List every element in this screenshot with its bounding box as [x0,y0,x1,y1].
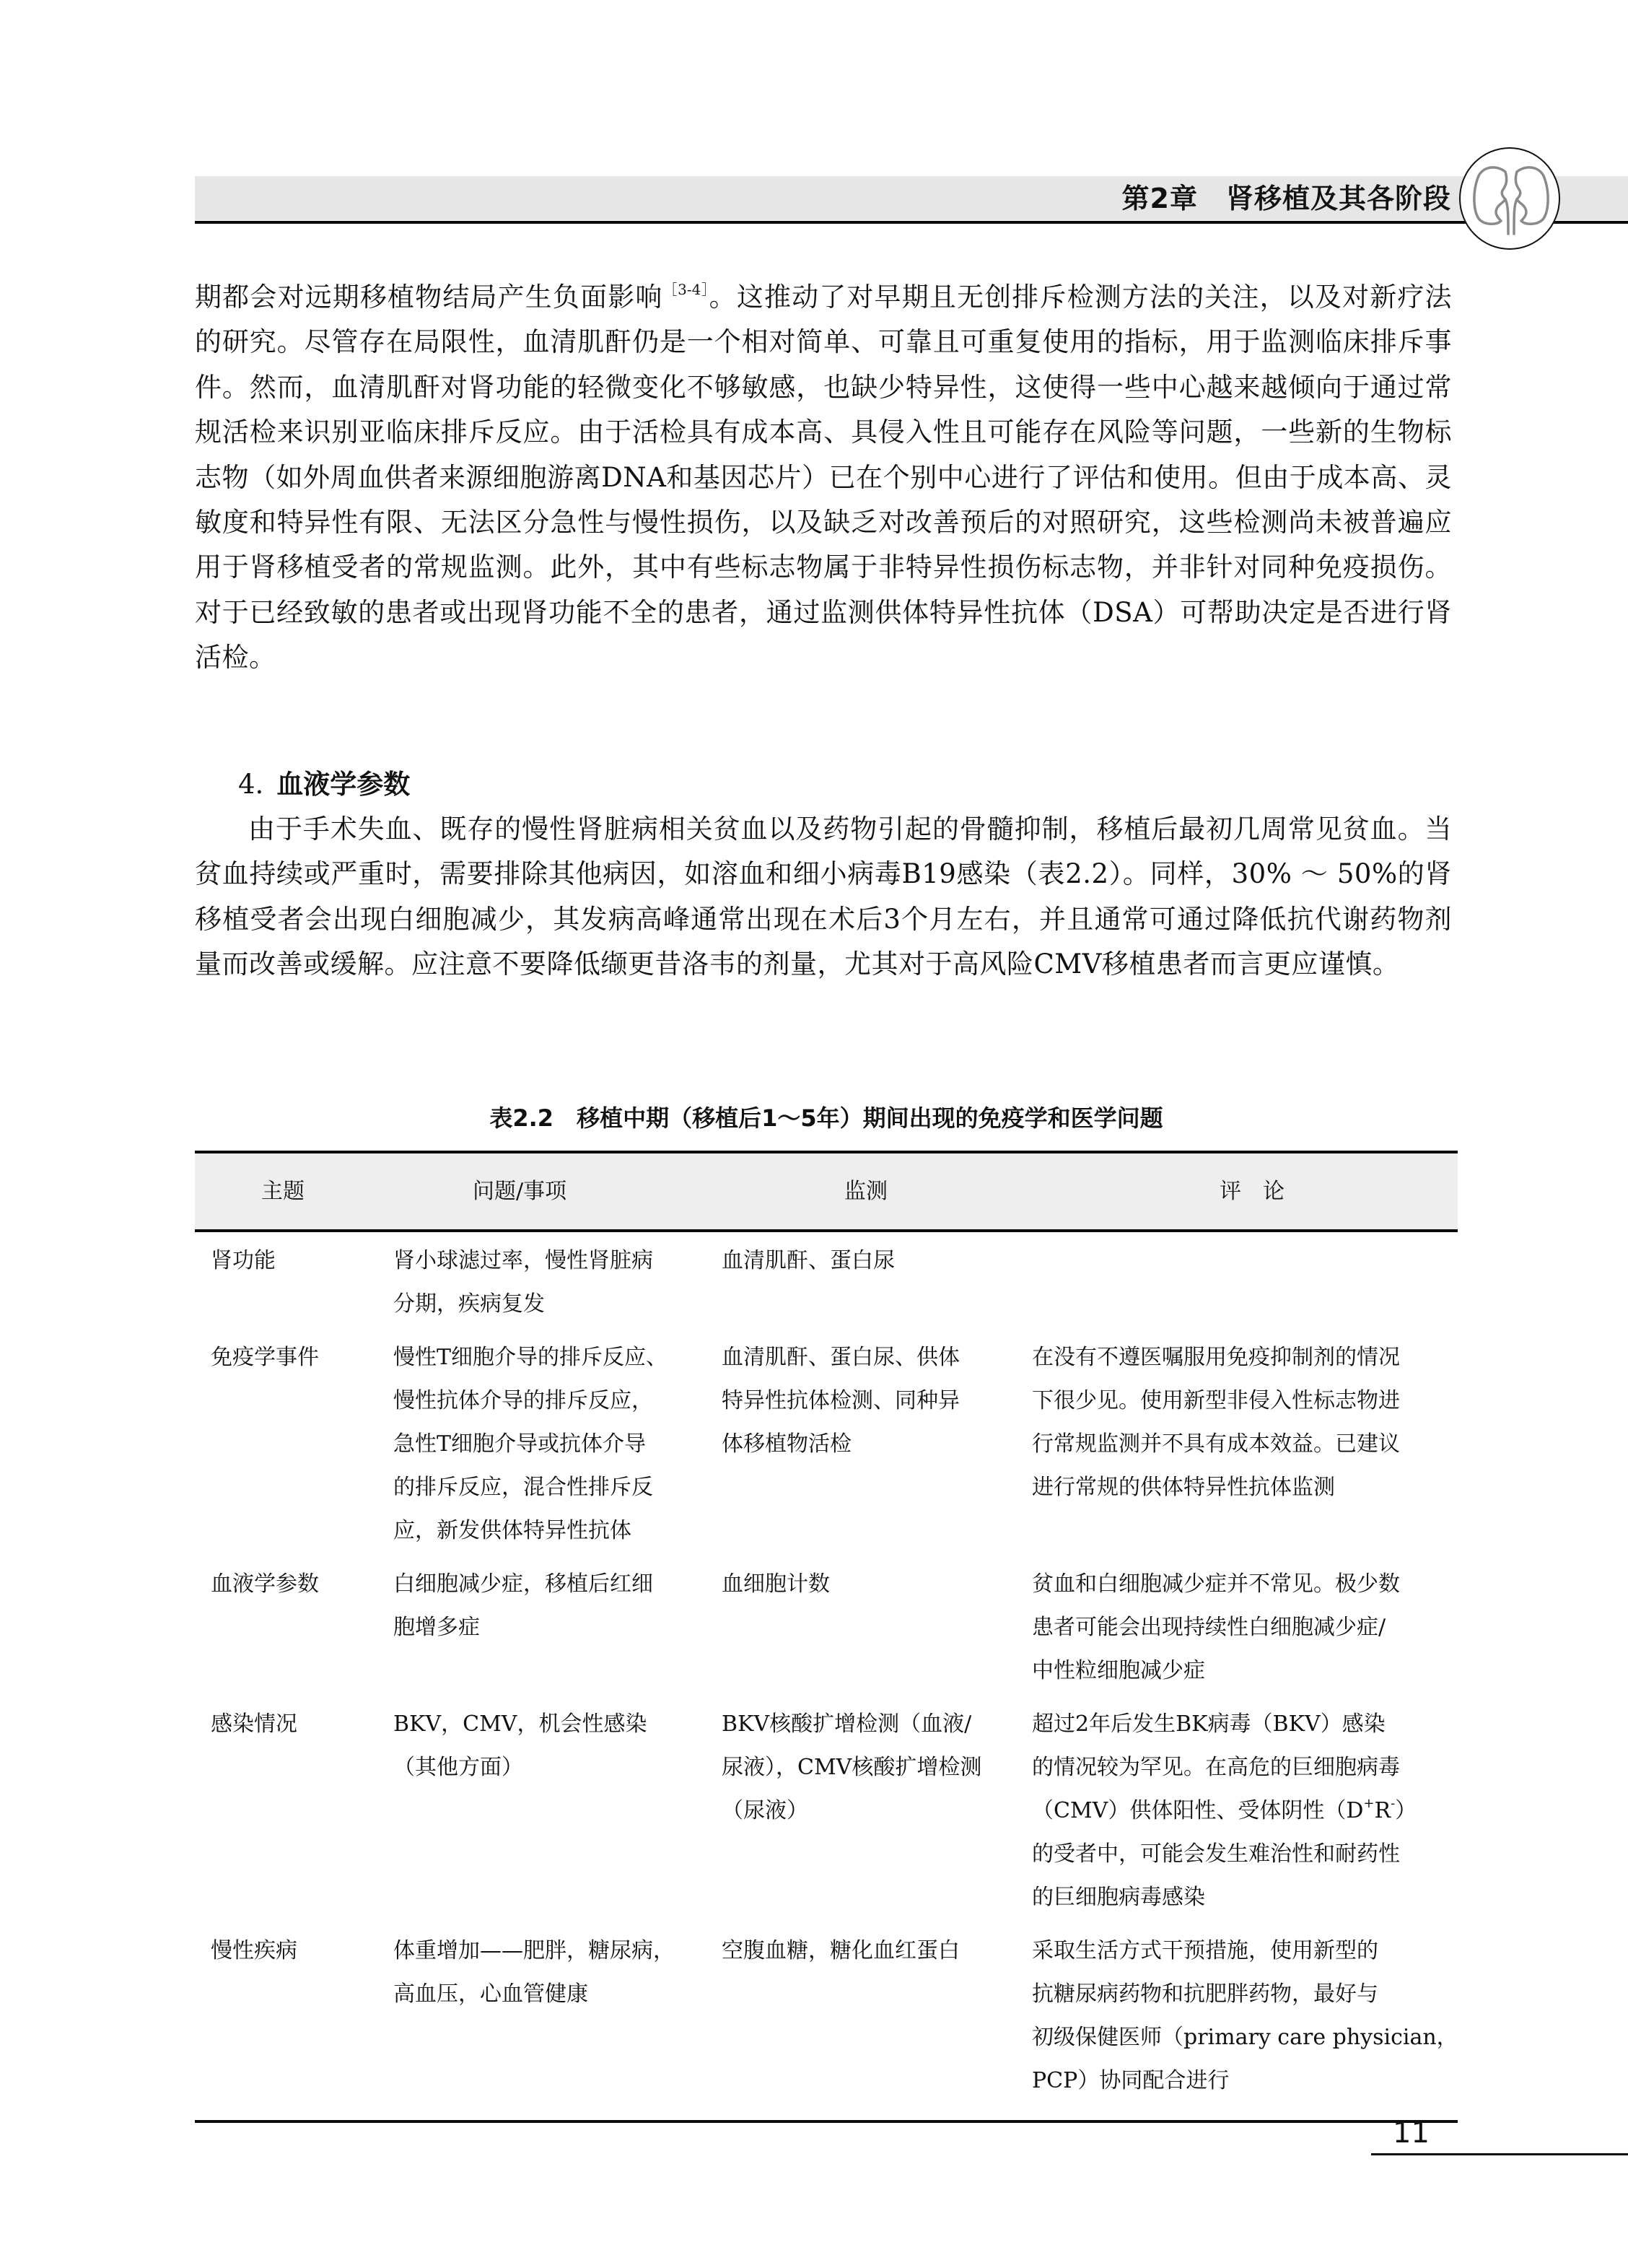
cell-line: 特异性抗体检测、同种异 [722,1379,1022,1423]
cell-line: 高血压，心血管健康 [393,1973,713,2016]
cell-line: （CMV）供体阳性、受体阴性（D+R-） [1032,1789,1450,1833]
cell-line: （尿液） [722,1789,1022,1833]
cell-text: （CMV）供体阳性、受体阴性（D [1032,1798,1363,1823]
chapter-title: 第2章 肾移植及其各阶段 [1122,178,1451,219]
cell-text: ） [1395,1798,1417,1823]
cell-issue: BKV，CMV，机会性感染 （其他方面） [393,1696,722,1922]
data-table: 主题 问题/事项 监测 评 论 肾功能 肾小球滤过率，慢性肾脏病 分期，疾病复发… [195,1151,1458,2123]
cell-monitoring: BKV核酸扩增检测（血液/ 尿液），CMV核酸扩增检测 （尿液） [722,1696,1032,1922]
cell-text: R [1374,1798,1391,1823]
cell-line: 空腹血糖，糖化血红蛋白 [722,1929,1022,1973]
cell-issue: 体重增加——肥胖，糖尿病， 高血压，心血管健康 [393,1922,722,2121]
cell-line: 的情况较为罕见。在高危的巨细胞病毒 [1032,1746,1450,1789]
kidney-icon [1459,147,1560,250]
table-header-row: 主题 问题/事项 监测 评 论 [195,1152,1458,1231]
cell-line: 中性粒细胞减少症 [1032,1649,1450,1693]
cell-line: 体重增加——肥胖，糖尿病， [393,1929,713,1973]
superscript-plus: + [1363,1796,1374,1811]
cell-comment [1032,1231,1458,1329]
paragraph-text: 。这推动了对早期且无创排斥检测方法的关注，以及对新疗法的研究。尽管存在局限性，血… [195,282,1452,673]
cell-line: 胞增多症 [393,1606,713,1649]
cell-line: 超过2年后发生BK病毒（BKV）感染 [1032,1703,1450,1746]
cell-issue: 肾小球滤过率，慢性肾脏病 分期，疾病复发 [393,1231,722,1329]
column-header-issue: 问题/事项 [393,1152,722,1231]
cell-line: 肾小球滤过率，慢性肾脏病 [393,1239,713,1283]
cell-line: 行常规监测并不具有成本效益。已建议 [1032,1423,1450,1466]
cell-line: 急性T细胞介导或抗体介导 [393,1423,713,1466]
table-caption: 表2.2 移植中期（移植后1～5年）期间出现的免疫学和医学问题 [195,1100,1458,1136]
cell-topic: 慢性疾病 [195,1922,393,2121]
cell-line: 患者可能会出现持续性白细胞减少症/ [1032,1606,1450,1649]
cell-line: 尿液），CMV核酸扩增检测 [722,1746,1022,1789]
cell-line: 采取生活方式干预措施，使用新型的 [1032,1929,1450,1973]
citation-ref[interactable]: ［3-4］ [663,281,709,298]
section-number: 4. [238,769,263,800]
cell-line: 下很少见。使用新型非侵入性标志物进 [1032,1379,1450,1423]
cell-comment: 超过2年后发生BK病毒（BKV）感染 的情况较为罕见。在高危的巨细胞病毒 （CM… [1032,1696,1458,1922]
cell-line: 应，新发供体特异性抗体 [393,1509,713,1553]
cell-line: PCP）协同配合进行 [1032,2059,1450,2103]
table-row: 肾功能 肾小球滤过率，慢性肾脏病 分期，疾病复发 血清肌酐、蛋白尿 [195,1231,1458,1329]
column-header-monitoring: 监测 [722,1152,1032,1231]
cell-line: 的受者中，可能会发生难治性和耐药性 [1032,1833,1450,1876]
cell-line: 慢性抗体介导的排斥反应， [393,1379,713,1423]
column-header-topic: 主题 [195,1152,393,1231]
section-title: 血液学参数 [276,769,410,800]
cell-line: 分期，疾病复发 [393,1283,713,1326]
cell-line: （其他方面） [393,1746,713,1789]
cell-topic: 血液学参数 [195,1556,393,1696]
page-number: 11 [1393,2115,1430,2151]
cell-line: 的巨细胞病毒感染 [1032,1876,1450,1919]
cell-topic: 肾功能 [195,1231,393,1329]
cell-monitoring: 血细胞计数 [722,1556,1032,1696]
cell-line: 进行常规的供体特异性抗体监测 [1032,1466,1450,1509]
cell-line: 血清肌酐、蛋白尿、供体 [722,1336,1022,1379]
cell-line: 血细胞计数 [722,1563,1022,1606]
body-paragraph-2: 由于手术失血、既存的慢性肾脏病相关贫血以及药物引起的骨髓抑制，移植后最初几周常见… [195,807,1452,987]
page-number-rule [1371,2153,1628,2155]
cell-issue: 白细胞减少症，移植后红细 胞增多症 [393,1556,722,1696]
paragraph-text: 由于手术失血、既存的慢性肾脏病相关贫血以及药物引起的骨髓抑制，移植后最初几周常见… [195,807,1452,987]
cell-line: 抗糖尿病药物和抗肥胖药物，最好与 [1032,1973,1450,2016]
cell-monitoring: 血清肌酐、蛋白尿、供体 特异性抗体检测、同种异 体移植物活检 [722,1329,1032,1556]
paragraph-text: 期都会对远期移植物结局产生负面影响 [195,282,663,313]
cell-line: 血清肌酐、蛋白尿 [722,1239,1022,1283]
table-row: 血液学参数 白细胞减少症，移植后红细 胞增多症 血细胞计数 贫血和白细胞减少症并… [195,1556,1458,1696]
cell-comment: 采取生活方式干预措施，使用新型的 抗糖尿病药物和抗肥胖药物，最好与 初级保健医师… [1032,1922,1458,2121]
cell-line: 慢性T细胞介导的排斥反应、 [393,1336,713,1379]
cell-monitoring: 血清肌酐、蛋白尿 [722,1231,1032,1329]
table-row: 慢性疾病 体重增加——肥胖，糖尿病， 高血压，心血管健康 空腹血糖，糖化血红蛋白… [195,1922,1458,2121]
cell-line: 贫血和白细胞减少症并不常见。极少数 [1032,1563,1450,1606]
cell-comment: 在没有不遵医嘱服用免疫抑制剂的情况 下很少见。使用新型非侵入性标志物进 行常规监… [1032,1329,1458,1556]
table-row: 免疫学事件 慢性T细胞介导的排斥反应、 慢性抗体介导的排斥反应， 急性T细胞介导… [195,1329,1458,1556]
cell-monitoring: 空腹血糖，糖化血红蛋白 [722,1922,1032,2121]
cell-line: 白细胞减少症，移植后红细 [393,1563,713,1606]
cell-topic: 免疫学事件 [195,1329,393,1556]
cell-comment: 贫血和白细胞减少症并不常见。极少数 患者可能会出现持续性白细胞减少症/ 中性粒细… [1032,1556,1458,1696]
section-heading: 4.血液学参数 [238,762,410,807]
cell-line: 在没有不遵医嘱服用免疫抑制剂的情况 [1032,1336,1450,1379]
cell-line: BKV，CMV，机会性感染 [393,1703,713,1746]
body-paragraph-1: 期都会对远期移植物结局产生负面影响［3-4］。这推动了对早期且无创排斥检测方法的… [195,275,1452,681]
column-header-comment: 评 论 [1032,1152,1458,1231]
cell-issue: 慢性T细胞介导的排斥反应、 慢性抗体介导的排斥反应， 急性T细胞介导或抗体介导 … [393,1329,722,1556]
cell-line: 初级保健医师（primary care physician， [1032,2016,1450,2059]
table-row: 感染情况 BKV，CMV，机会性感染 （其他方面） BKV核酸扩增检测（血液/ … [195,1696,1458,1922]
running-header-rule [195,221,1628,224]
cell-line: 体移植物活检 [722,1423,1022,1466]
cell-topic: 感染情况 [195,1696,393,1922]
cell-line: 的排斥反应，混合性排斥反 [393,1466,713,1509]
cell-line: BKV核酸扩增检测（血液/ [722,1703,1022,1746]
